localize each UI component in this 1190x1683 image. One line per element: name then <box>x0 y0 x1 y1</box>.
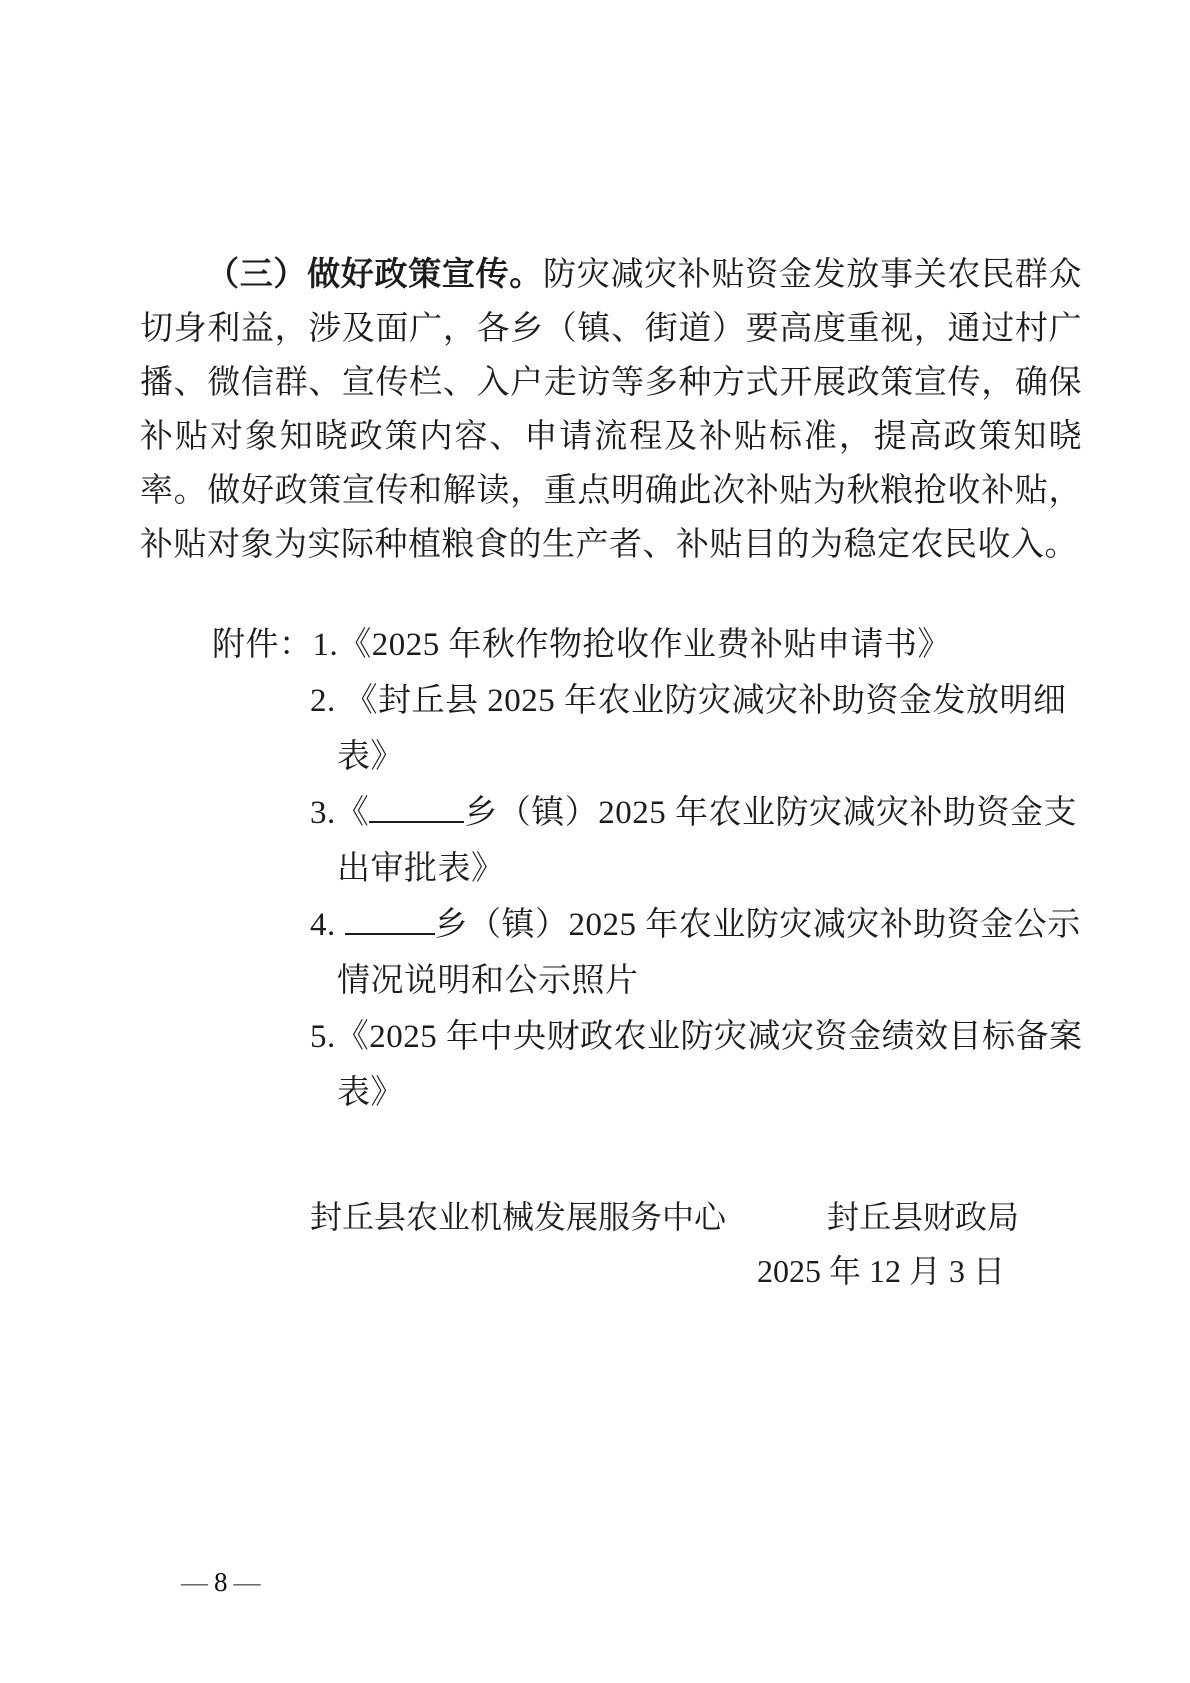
signature-date: 2025 年 12 月 3 日 <box>757 1244 1005 1298</box>
blank-underline <box>345 902 435 935</box>
policy-paragraph: （三）做好政策宣传。防灾减灾补贴资金发放事关农民群众切身利益，涉及面广，各乡（镇… <box>140 248 1082 572</box>
attachment-line: 5.《2025 年中央财政农业防灾减灾资金绩效目标备案 <box>310 1009 1120 1065</box>
attachment-text: 附件：1.《2025 年秋作物抢收作业费补贴申请书》 <box>212 627 951 663</box>
attachment-text: 出审批表》 <box>337 851 505 887</box>
attachment-line: 出审批表》 <box>337 841 1120 897</box>
attachment-line: 3.《乡（镇）2025 年农业防灾减灾补助资金支 <box>310 785 1120 841</box>
attachment-text: 表》 <box>337 739 404 775</box>
attachment-text: 4. <box>310 907 345 943</box>
attachment-line: 2. 《封丘县 2025 年农业防灾减灾补助资金发放明细 <box>310 673 1120 729</box>
attachment-line: 情况说明和公示照片 <box>337 953 1120 1009</box>
page-number: —8— <box>181 1562 261 1602</box>
blank-underline <box>369 790 464 823</box>
attachment-line: 4. 乡（镇）2025 年农业防灾减灾补助资金公示 <box>310 897 1120 953</box>
signature-org-left: 封丘县农业机械发展服务中心 <box>310 1190 726 1244</box>
attachment-text: 乡（镇）2025 年农业防灾减灾补助资金公示 <box>435 907 1081 943</box>
attachment-text: 2. 《封丘县 2025 年农业防灾减灾补助资金发放明细 <box>310 683 1067 719</box>
document-page: （三）做好政策宣传。防灾减灾补贴资金发放事关农民群众切身利益，涉及面广，各乡（镇… <box>0 0 1190 1683</box>
attachment-text: 乡（镇）2025 年农业防灾减灾补助资金支 <box>464 795 1077 831</box>
attachment-line: 表》 <box>337 1065 1120 1121</box>
attachment-text: 5.《2025 年中央财政农业防灾减灾资金绩效目标备案 <box>310 1019 1083 1055</box>
attachment-line: 附件：1.《2025 年秋作物抢收作业费补贴申请书》 <box>212 617 1120 673</box>
paragraph-body-text: 防灾减灾补贴资金发放事关农民群众切身利益，涉及面广，各乡（镇、街道）要高度重视，… <box>140 257 1082 563</box>
page-number-value: 8 <box>208 1567 234 1597</box>
attachment-text: 表》 <box>337 1075 404 1111</box>
attachment-list: 附件：1.《2025 年秋作物抢收作业费补贴申请书》2. 《封丘县 2025 年… <box>140 617 1120 1121</box>
attachment-text: 3.《 <box>310 795 369 831</box>
attachment-text: 情况说明和公示照片 <box>337 963 639 999</box>
page-number-dash-right: — <box>234 1567 261 1597</box>
page-number-dash-left: — <box>181 1567 208 1597</box>
paragraph-lead-heading: （三）做好政策宣传。 <box>206 257 543 293</box>
attachment-line: 表》 <box>337 729 1120 785</box>
signature-org-right: 封丘县财政局 <box>827 1190 1019 1244</box>
